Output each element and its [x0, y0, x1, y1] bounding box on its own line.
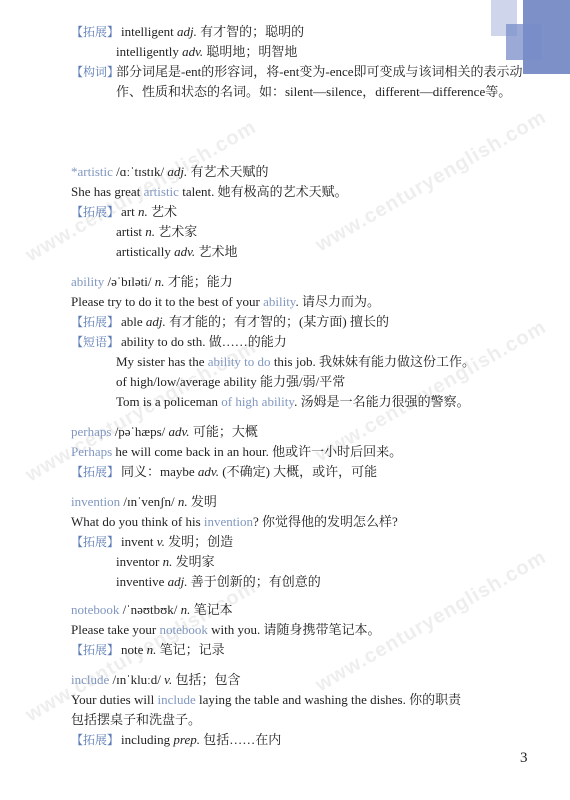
phonetic: /ɪnˈkluːd/ — [109, 672, 164, 687]
headword-line-include: include /ɪnˈkluːd/ v. 包括；包含 — [71, 670, 240, 690]
headword-line-artistic: *artistic /ɑːˈtɪstɪk/ adj. 有艺术天赋的 — [71, 162, 269, 182]
highlight: notebook — [159, 622, 207, 637]
pos: n. — [145, 224, 155, 239]
tag-wordform: 【构词】 — [71, 65, 119, 79]
pos: adv. — [182, 44, 203, 59]
extend-line: artist n. 艺术家 — [116, 222, 197, 242]
meaning: 艺术地 — [195, 244, 237, 259]
highlight: include — [157, 692, 195, 707]
highlight: artistic — [144, 184, 179, 199]
word: intelligent — [121, 24, 174, 39]
extend-line: 【拓展】invent v. 发明；创造 — [71, 532, 233, 552]
meaning: 有艺术天赋的 — [187, 164, 268, 179]
text: laying the table and washing the dishes.… — [196, 692, 461, 707]
meaning: 聪明地；明智地 — [203, 44, 297, 59]
example-sentence: Perhaps he will come back in an hour. 他或… — [71, 442, 402, 462]
tag-extend: 【拓展】 — [71, 205, 119, 219]
meaning: 艺术家 — [155, 224, 197, 239]
meaning: 笔记本 — [190, 602, 232, 617]
tag-extend: 【拓展】 — [71, 25, 119, 39]
example-sentence: What do you think of his invention? 你觉得他… — [71, 512, 398, 532]
pos: adv. — [198, 464, 219, 479]
headword-line-notebook: notebook /ˈnəʊtbʊk/ n. 笔记本 — [71, 600, 233, 620]
example-sentence: Please try to do it to the best of your … — [71, 292, 380, 312]
pos: v. — [164, 672, 172, 687]
extend-line: 【拓展】intelligent adj. 有才智的；聪明的 — [71, 22, 304, 42]
word: inventor — [116, 554, 163, 569]
extend-line: 【拓展】note n. 笔记；记录 — [71, 640, 225, 660]
meaning: 可能；大概 — [190, 424, 258, 439]
text: Please try to do it to the best of your — [71, 294, 263, 309]
extend-line: inventor n. 发明家 — [116, 552, 215, 572]
pos: adj. — [167, 164, 187, 179]
pos: prep. — [173, 732, 200, 747]
example-sentence-cont: 包括摆桌子和洗盘子。 — [71, 710, 201, 730]
text: Your duties will — [71, 692, 157, 707]
text: this job. 我妹妹有能力做这份工作。 — [271, 354, 475, 369]
phrase-line: of high/low/average ability 能力强/弱/平常 — [116, 372, 345, 392]
highlight: Perhaps — [71, 444, 112, 459]
meaning: 才能；能力 — [165, 274, 233, 289]
word: invent — [121, 534, 157, 549]
headword-line-ability: ability /əˈbɪləti/ n. 才能；能力 — [71, 272, 233, 292]
decorative-block-mid — [506, 24, 542, 60]
text: talent. 她有极高的艺术天赋。 — [179, 184, 348, 199]
highlight: ability to do — [208, 354, 271, 369]
phrase: ability to do sth. 做……的能力 — [121, 334, 287, 349]
tag-extend: 【拓展】 — [71, 535, 119, 549]
text: ? 你觉得他的发明怎么样? — [253, 514, 398, 529]
highlight: of high ability — [221, 394, 294, 409]
phonetic: /əˈbɪləti/ — [104, 274, 155, 289]
page-number: 3 — [520, 750, 528, 767]
meaning: 笔记；记录 — [156, 642, 224, 657]
headword: include — [71, 672, 109, 687]
pos: n. — [178, 494, 188, 509]
headword-line-invention: invention /ɪnˈvenʃn/ n. 发明 — [71, 492, 217, 512]
headword: invention — [71, 494, 120, 509]
extend-line: 【拓展】including prep. 包括……在内 — [71, 730, 281, 750]
headword: perhaps — [71, 424, 111, 439]
phonetic: /ɑːˈtɪstɪk/ — [113, 164, 167, 179]
word: including — [121, 732, 173, 747]
extend-line: 【拓展】able adj. 有才能的；有才智的；(某方面) 擅长的 — [71, 312, 389, 332]
word: note — [121, 642, 147, 657]
highlight: invention — [204, 514, 253, 529]
word: artistically — [116, 244, 174, 259]
tag-extend: 【拓展】 — [71, 733, 119, 747]
pos: adv. — [174, 244, 195, 259]
headword-line-perhaps: perhaps /pəˈhæps/ adv. 可能；大概 — [71, 422, 258, 442]
headword: artistic — [78, 164, 113, 179]
extend-line: 【拓展】art n. 艺术 — [71, 202, 177, 222]
word: art — [121, 204, 138, 219]
pos: n. — [147, 642, 157, 657]
pos: adv. — [169, 424, 190, 439]
pos: v. — [157, 534, 165, 549]
example-sentence: My sister has the ability to do this job… — [116, 352, 475, 372]
pos: n. — [181, 602, 191, 617]
phonetic: /ɪnˈvenʃn/ — [120, 494, 178, 509]
extend-line: 【拓展】同义：maybe adv. (不确定) 大概，或许，可能 — [71, 462, 377, 482]
example-sentence: She has great artistic talent. 她有极高的艺术天赋… — [71, 182, 348, 202]
tag-extend: 【拓展】 — [71, 643, 119, 657]
text: My sister has the — [116, 354, 208, 369]
pos: adj. — [177, 24, 197, 39]
word: artist — [116, 224, 145, 239]
wordform-tag-line: 【构词】 — [71, 62, 121, 82]
meaning: 发明；创造 — [165, 534, 233, 549]
word: intelligently — [116, 44, 179, 59]
example-sentence: Your duties will include laying the tabl… — [71, 690, 461, 710]
meaning: (不确定) 大概，或许，可能 — [219, 464, 377, 479]
text: with you. 请随身携带笔记本。 — [208, 622, 381, 637]
headword: ability — [71, 274, 104, 289]
tag-extend: 【拓展】 — [71, 315, 119, 329]
phonetic: /ˈnəʊtbʊk/ — [119, 602, 180, 617]
watermark: www.centuryenglish.com — [312, 106, 551, 257]
text: Please take your — [71, 622, 159, 637]
pos: n. — [163, 554, 173, 569]
meaning: 发明家 — [172, 554, 214, 569]
text: Tom is a policeman — [116, 394, 221, 409]
word: inventive — [116, 574, 168, 589]
pos: adj. — [146, 314, 166, 329]
phonetic: /pəˈhæps/ — [111, 424, 168, 439]
pos: n. — [155, 274, 165, 289]
tag-phrase: 【短语】 — [71, 335, 119, 349]
pos: adj. — [168, 574, 188, 589]
wordform-note: 部分词尾是-ent的形容词，将-ent变为-ence即可变成与该词相关的表示动作… — [116, 62, 541, 102]
text: What do you think of his — [71, 514, 204, 529]
example-sentence: Tom is a policeman of high ability. 汤姆是一… — [116, 392, 470, 412]
tag-extend: 【拓展】 — [71, 465, 119, 479]
extend-line: intelligently adv. 聪明地；明智地 — [116, 42, 297, 62]
text: She has great — [71, 184, 144, 199]
text: . 汤姆是一名能力很强的警察。 — [294, 394, 470, 409]
text: . 请尽力而为。 — [295, 294, 380, 309]
meaning: 包括；包含 — [172, 672, 240, 687]
extend-line: inventive adj. 善于创新的；有创意的 — [116, 572, 321, 592]
headword: notebook — [71, 602, 119, 617]
text: he will come back in an hour. 他或许一小时后回来。 — [112, 444, 402, 459]
meaning: 包括……在内 — [200, 732, 281, 747]
meaning: 发明 — [188, 494, 217, 509]
text: 同义：maybe — [121, 464, 198, 479]
extend-line: artistically adv. 艺术地 — [116, 242, 237, 262]
phrase-line: 【短语】ability to do sth. 做……的能力 — [71, 332, 287, 352]
meaning: 艺术 — [148, 204, 177, 219]
word: able — [121, 314, 146, 329]
highlight: ability — [263, 294, 295, 309]
meaning: 善于创新的；有创意的 — [188, 574, 321, 589]
example-sentence: Please take your notebook with you. 请随身携… — [71, 620, 380, 640]
meaning: 有才智的；聪明的 — [197, 24, 304, 39]
meaning: 有才能的；有才智的；(某方面) 擅长的 — [166, 314, 389, 329]
pos: n. — [138, 204, 148, 219]
